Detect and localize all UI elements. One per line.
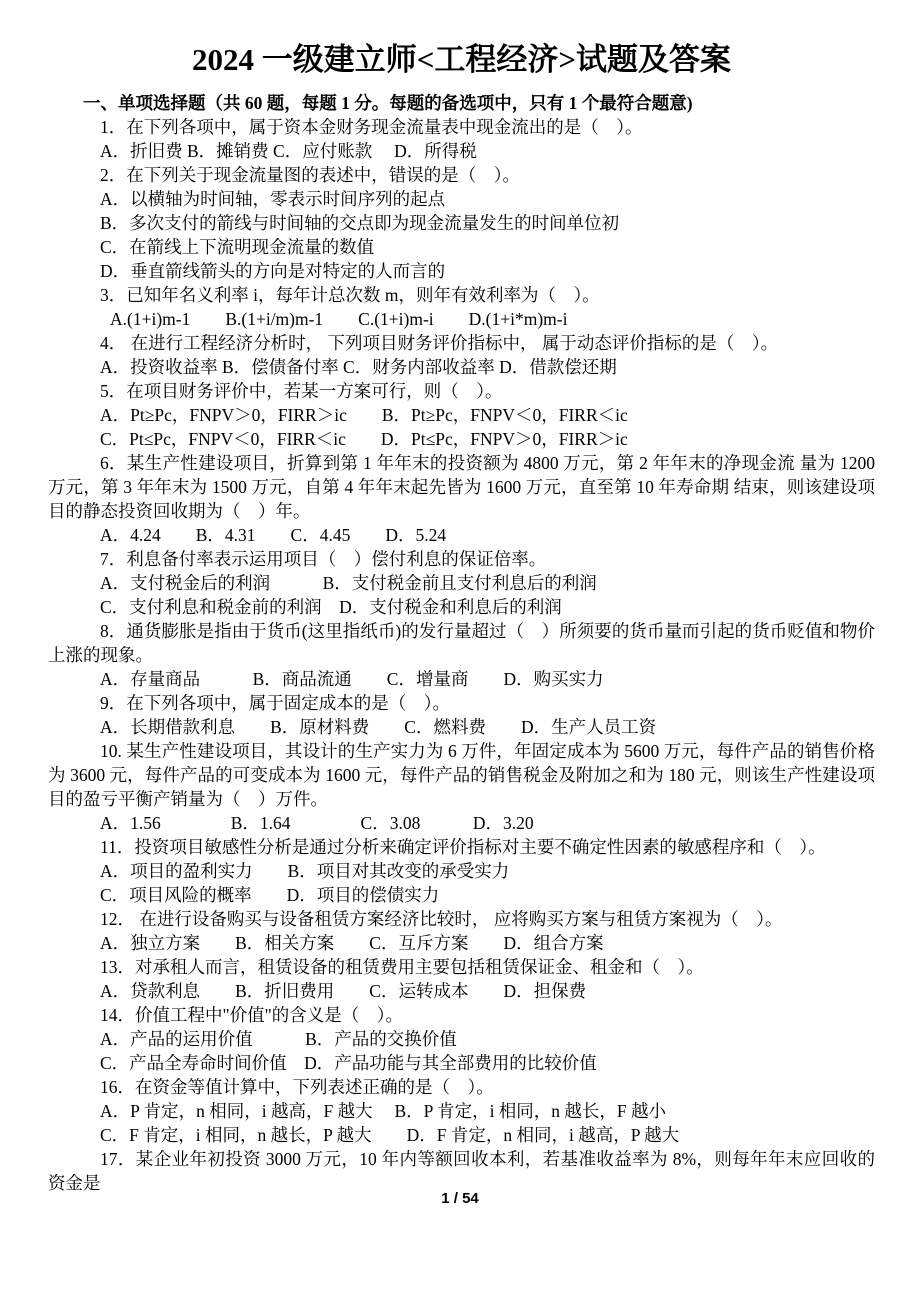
option-line: C．产品全寿命时间价值 D．产品功能与其全部费用的比较价值 <box>48 1051 875 1075</box>
question-line: 13．对承租人而言，租赁设备的租赁费用主要包括租赁保证金、租金和（ ）。 <box>48 955 875 979</box>
option-line: A.(1+i)m-1 B.(1+i/m)m-1 C.(1+i)m-i D.(1+… <box>48 307 875 331</box>
option-line: A．投资收益率 B．偿债备付率 C．财务内部收益率 D．借款偿还期 <box>48 355 875 379</box>
question-line: 17．某企业年初投资 3000 万元，10 年内等额回收本利，若基准收益率为 8… <box>48 1147 875 1195</box>
option-line: C．支付利息和税金前的利润 D．支付税金和利息后的利润 <box>48 595 875 619</box>
option-line: D．垂直箭线箭头的方向是对特定的人而言的 <box>48 259 875 283</box>
option-line: C．F 肯定，i 相同，n 越长，P 越大 D．F 肯定，n 相同，i 越高，P… <box>48 1123 875 1147</box>
question-line: 12． 在进行设备购买与设备租赁方案经济比较时， 应将购买方案与租赁方案视为（ … <box>48 907 875 931</box>
question-line: 11．投资项目敏感性分析是通过分析来确定评价指标对主要不确定性因素的敏感程序和（… <box>48 835 875 859</box>
document-page: 2024 一级建立师<工程经济>试题及答案 一、单项选择题（共 60 题，每题 … <box>0 0 920 1302</box>
question-line: 10. 某生产性建设项目，其设计的生产实力为 6 万件，年固定成本为 5600 … <box>48 739 875 811</box>
question-line: 1．在下列各项中，属于资本金财务现金流量表中现金流出的是（ ）。 <box>48 115 875 139</box>
section-header: 一、单项选择题（共 60 题，每题 1 分。每题的备选项中，只有 1 个最符合题… <box>83 91 875 115</box>
option-line: A．支付税金后的利润 B．支付税金前且支付利息后的利润 <box>48 571 875 595</box>
question-line: 7．利息备付率表示运用项目（ ）偿付利息的保证倍率。 <box>48 547 875 571</box>
option-line: A．项目的盈利实力 B．项目对其改变的承受实力 <box>48 859 875 883</box>
question-line: 2．在下列关于现金流量图的表述中，错误的是（ ）。 <box>48 163 875 187</box>
option-line: C．项目风险的概率 D．项目的偿债实力 <box>48 883 875 907</box>
question-line: 3．已知年名义利率 i，每年计总次数 m，则年有效利率为（ ）。 <box>48 283 875 307</box>
document-title: 2024 一级建立师<工程经济>试题及答案 <box>48 38 875 82</box>
option-line: A．P 肯定，n 相同，i 越高，F 越大 B．P 肯定，i 相同，n 越长，F… <box>48 1099 875 1123</box>
option-line: A．Pt≥Pc，FNPV＞0，FIRR＞ic B．Pt≥Pc，FNPV＜0，FI… <box>48 403 875 427</box>
option-line: A．折旧费 B．摊销费 C．应付账款 D．所得税 <box>48 139 875 163</box>
option-line: A．存量商品 B．商品流通 C．增量商 D．购买实力 <box>48 667 875 691</box>
option-line: C．Pt≤Pc，FNPV＜0，FIRR＜ic D．Pt≤Pc，FNPV＞0，FI… <box>48 427 875 451</box>
page-number: 1 / 54 <box>0 1190 920 1207</box>
question-line: 6．某生产性建设项目，折算到第 1 年年末的投资额为 4800 万元，第 2 年… <box>48 451 875 523</box>
option-line: B．多次支付的箭线与时间轴的交点即为现金流量发生的时间单位初 <box>48 211 875 235</box>
option-line: A．贷款利息 B．折旧费用 C．运转成本 D．担保费 <box>48 979 875 1003</box>
option-line: A．产品的运用价值 B．产品的交换价值 <box>48 1027 875 1051</box>
question-line: 16．在资金等值计算中，下列表述正确的是（ ）。 <box>48 1075 875 1099</box>
question-line: 14．价值工程中"价值"的含义是（ ）。 <box>48 1003 875 1027</box>
option-line: A．长期借款利息 B．原材料费 C．燃料费 D．生产人员工资 <box>48 715 875 739</box>
question-line: 5．在项目财务评价中，若某一方案可行，则（ ）。 <box>48 379 875 403</box>
question-line: 8．通货膨胀是指由于货币(这里指纸币)的发行量超过（ ）所须要的货币量而引起的货… <box>48 619 875 667</box>
option-line: A．4.24 B．4.31 C．4.45 D．5.24 <box>48 523 875 547</box>
question-line: 4． 在进行工程经济分析时， 下列项目财务评价指标中， 属于动态评价指标的是（ … <box>48 331 875 355</box>
question-list: 1．在下列各项中，属于资本金财务现金流量表中现金流出的是（ ）。A．折旧费 B．… <box>48 115 875 1195</box>
option-line: C．在箭线上下流明现金流量的数值 <box>48 235 875 259</box>
option-line: A．以横轴为时间轴，零表示时间序列的起点 <box>48 187 875 211</box>
question-line: 9．在下列各项中，属于固定成本的是（ ）。 <box>48 691 875 715</box>
option-line: A．独立方案 B．相关方案 C．互斥方案 D．组合方案 <box>48 931 875 955</box>
option-line: A．1.56 B．1.64 C．3.08 D．3.20 <box>48 811 875 835</box>
